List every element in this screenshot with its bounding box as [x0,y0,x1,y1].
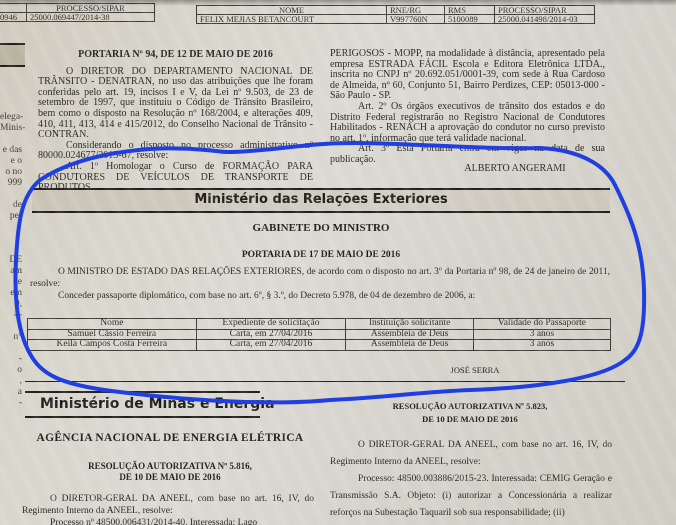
mre-signature: JOSÉ SERRA [430,365,520,375]
mre-office-title: GABINETE DO MINISTRO [32,222,610,234]
table-cell: 3 anos [473,340,610,351]
cell: 0946 [0,13,27,22]
aneel-right-para2: Processo: 48500.003886/2015-23. Interess… [330,471,612,522]
divider-rule [25,391,260,393]
aneel-right-title-line2: DE 10 DE MAIO DE 2016 [345,413,595,426]
table-cell: 3 anos [473,329,610,340]
margin-text-fragment: e o [0,156,22,167]
margin-text-fragment: a [0,387,22,398]
margin-text-fragment: DE [0,255,22,266]
margin-text-fragment: , [0,376,22,387]
header-table-right: NOME RNE/RG RMS PROCESSO/SIPAR FELIX MEJ… [196,5,595,24]
mre-body: O MINISTRO DE ESTADO DAS RELAÇÕES EXTERI… [30,266,610,302]
table-row: Keila Campos Costa FerreiraCarta, em 27/… [28,340,611,351]
aneel-left-para1: O DIRETOR-GERAL DA ANEEL, com base no ar… [22,493,314,517]
section-header-band [0,45,25,65]
portaria-94-para5: Art. 2º Os órgãos executivos de trânsito… [330,102,605,144]
table-cell: Assembleia de Deus [346,340,474,351]
aneel-left-title: RESOLUÇÃO AUTORIZATIVA Nº 5.816, DE 10 D… [25,461,315,483]
margin-text-fragment: - [0,354,22,365]
margin-text-fragment: pe- [0,211,22,222]
margin-text-fragment: elega- [0,112,22,123]
mre-ministry-title: Ministério das Relações Exteriores [32,192,610,207]
portaria-94-signature: ALBERTO ANGERAMI [440,164,590,175]
margin-text-fragment: 4- [0,310,22,321]
margin-text-fragment: 0, [0,299,22,310]
portaria-94-right-column: PERIGOSOS - MOPP, na modalidade à distân… [330,49,605,166]
margin-text-fragment: o no [0,167,22,178]
header-table-left: PROCESSO/SIPAR 094625000.069447/2014-38 [0,3,155,22]
divider-rule [0,65,25,67]
table-cell: Carta, em 27/04/2016 [196,340,346,351]
aneel-right-title-line1: RESOLUÇÃO AUTORIZATIVA Nº 5.823, [345,400,595,413]
aneel-left-title-line1: RESOLUÇÃO AUTORIZATIVA Nº 5.816, [25,461,315,472]
column-header: Instituição solicitante [346,319,474,330]
portaria-94-title: PORTARIA Nº 94, DE 12 DE MAIO DE 2016 [38,50,313,61]
mme-ministry-title: Ministério de Minas e Energia [40,396,275,412]
aneel-right-para1: O DIRETOR-GERAL DA ANEEL, com base no ar… [330,437,612,471]
portaria-94-para4: PERIGOSOS - MOPP, na modalidade à distân… [330,49,605,102]
aneel-left-para2: Processo nº 48500.006431/2014-40. Intere… [22,517,314,525]
cell: 5100089 [445,15,495,24]
margin-text-fragment: de [0,200,22,211]
divider-rule [25,416,260,418]
mre-para2: Conceder passaporte diplomático, com bas… [30,290,610,302]
table-cell: Assembleia de Deus [346,329,474,340]
passport-table: NomeExpediente de solicitaçãoInstituição… [27,318,611,351]
aneel-left-title-line2: DE 10 DE MAIO DE 2016 [25,472,315,483]
portaria-94-left-column: PORTARIA Nº 94, DE 12 DE MAIO DE 2016 O … [38,50,313,194]
table-cell: Keila Campos Costa Ferreira [28,340,197,351]
margin-text-fragment: n° [0,332,22,343]
cell: 25000.041498/2014-03 [495,15,595,24]
table-row: Samuel Cássio FerreiraCarta, em 27/04/20… [28,329,611,340]
margin-text-fragment: em [0,288,22,299]
cell: V997760N [387,15,445,24]
column-header: Nome [28,319,197,330]
margin-text-fragment: e das [0,145,22,156]
mre-para1: O MINISTRO DE ESTADO DAS RELAÇÕES EXTERI… [30,266,610,290]
aneel-right-body: O DIRETOR-GERAL DA ANEEL, com base no ar… [330,437,612,522]
table-cell: Carta, em 27/04/2016 [196,329,346,340]
cell: FELIX MEJIAS BETANCOURT [197,15,387,24]
margin-text-fragment: de [0,277,22,288]
margin-text-fragment: 999 [0,178,22,189]
aneel-left-body: O DIRETOR-GERAL DA ANEEL, com base no ar… [22,493,314,525]
table-cell: Samuel Cássio Ferreira [28,329,197,340]
cell: 25000.069447/2014-38 [27,13,155,22]
column-header: Validade do Passaporte [473,319,610,330]
aneel-right-title: RESOLUÇÃO AUTORIZATIVA Nº 5.823, DE 10 D… [345,400,595,426]
portaria-94-para2: Considerando o disposto no processo admi… [38,141,313,162]
margin-text-fragment: am [0,266,22,277]
divider-rule [32,211,610,213]
margin-text-fragment: - [0,398,22,409]
portaria-94-para1: O DIRETOR DO DEPARTAMENTO NACIONAL DE TR… [38,67,313,141]
aneel-agency-title: AGÊNCIA NACIONAL DE ENERGIA ELÉTRICA [25,432,315,444]
column-header: Expediente de solicitação [196,319,346,330]
mre-portaria-title: PORTARIA DE 17 DE MAIO DE 2016 [32,250,610,260]
margin-text-fragment: o [0,365,22,376]
divider-rule [25,381,625,382]
margin-text-fragment: Minis- [0,123,22,134]
